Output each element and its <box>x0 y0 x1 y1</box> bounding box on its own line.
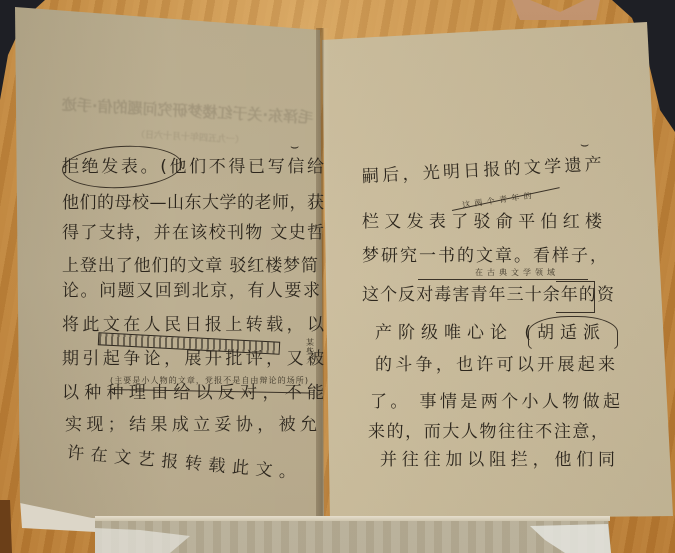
handwritten-line: 上登出了他们的文章 驳红楼梦简 <box>62 255 318 277</box>
spine-edge <box>95 516 610 521</box>
book-gutter <box>316 28 330 522</box>
handwritten-line: 他们的母校—山东大学的老师，获 <box>62 192 324 214</box>
insert-mark-icon: ⌣ <box>580 138 589 152</box>
margin-note: 某些人 <box>306 338 315 365</box>
handwritten-line: 栏又发表了驳俞平伯红楼 <box>362 211 602 233</box>
handwritten-line: 来的，而大人物往往不注意， <box>368 421 608 443</box>
handwritten-line: 以种种理由给以反对，不能 <box>62 382 324 404</box>
handwritten-line: 期引起争论，展开批评，又被 <box>62 348 324 370</box>
handwritten-line: 并往往加以阻拦，他们同 <box>380 449 615 471</box>
handwritten-line: 了。 事情是两个小人物做起 <box>370 391 620 413</box>
handwritten-line: 得了支持，并在该校刊物 文史哲 <box>62 222 324 244</box>
insert-mark-icon: ⌣ <box>290 140 299 154</box>
handwritten-line: 实现；结果成立妥协，被允 <box>65 414 317 436</box>
circle-annotation <box>528 316 618 352</box>
handwritten-line: 的斗争，也许可以开展起来 <box>375 354 615 376</box>
handwritten-line: 拒绝发表。(他们不得已写信给 <box>62 156 324 178</box>
bracket-annotation <box>556 281 595 313</box>
handwritten-line: 论。问题又回到北京，有人要求 <box>62 280 320 302</box>
handwritten-line: 梦研究一书的文章。看样子， <box>362 245 607 267</box>
insertion-underline <box>418 279 588 280</box>
inserted-note: 在古典文学领域 <box>475 268 555 278</box>
